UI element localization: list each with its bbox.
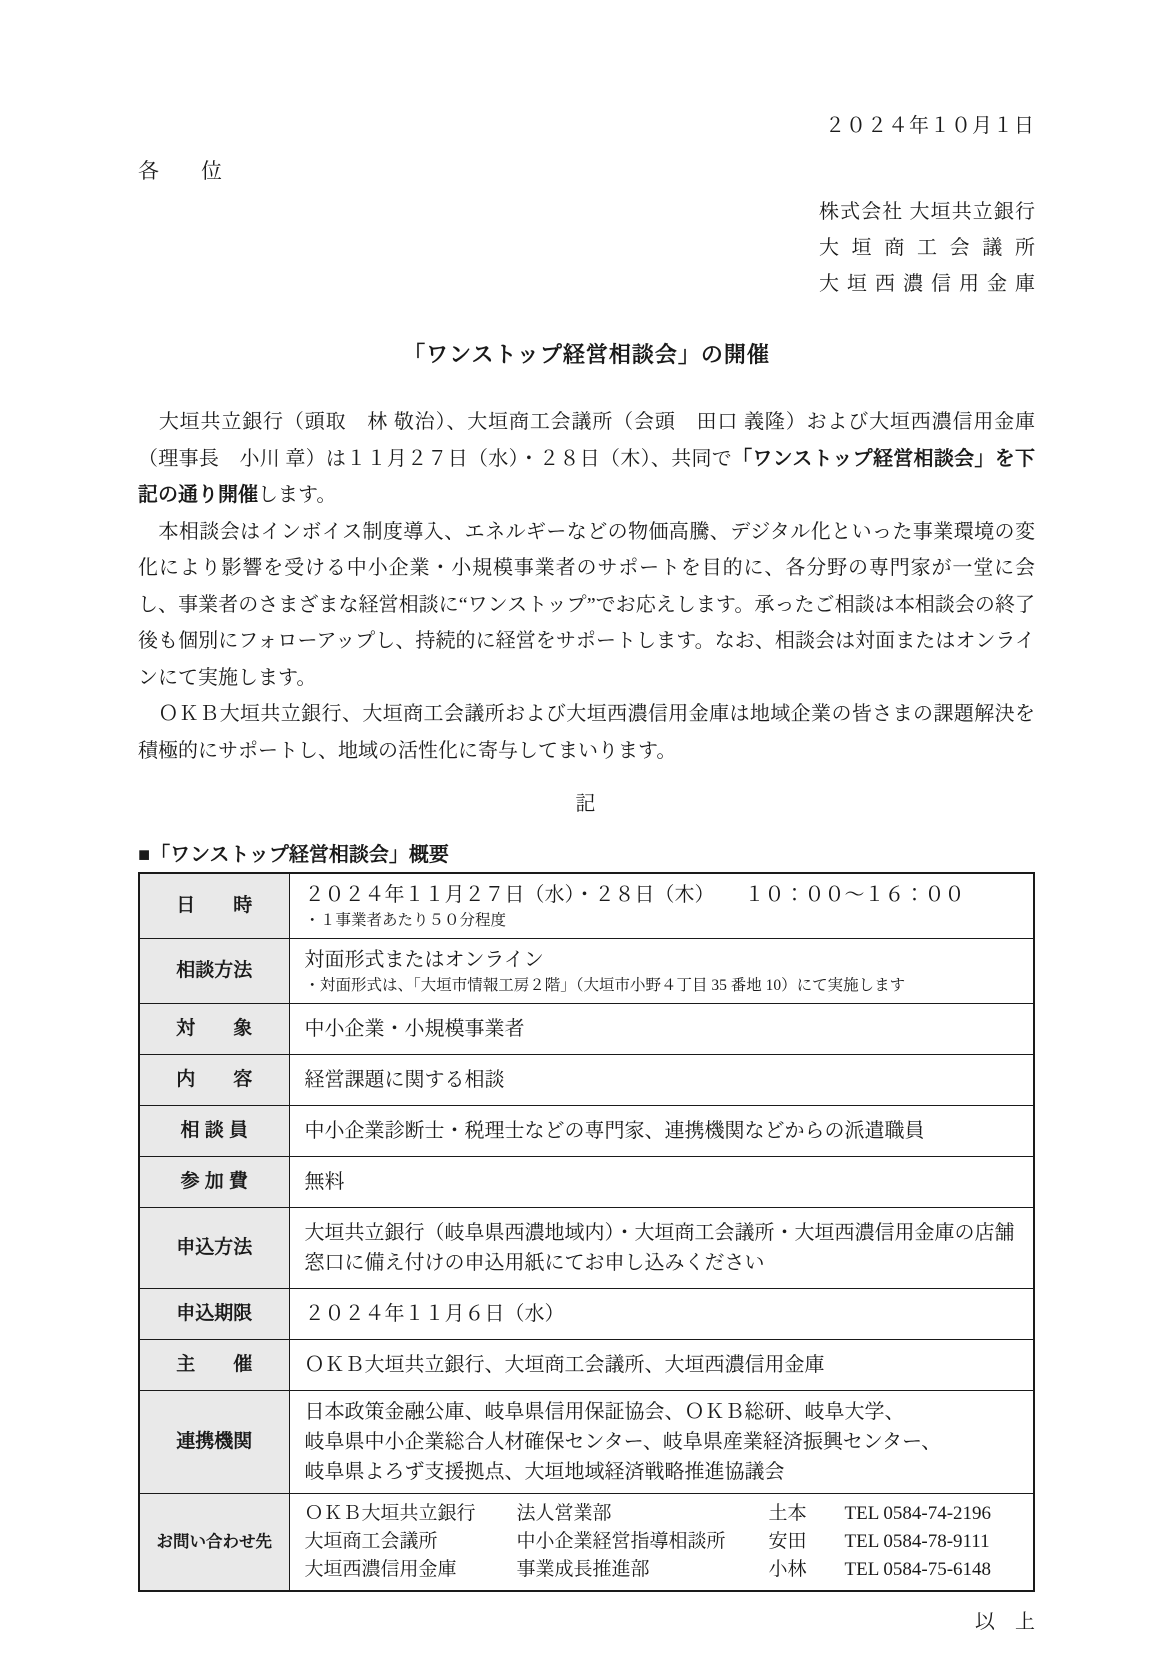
table-row-deadline: 申込期限 ２０２４年１１月６日（水）: [139, 1289, 1034, 1340]
contact-person: 土本: [769, 1500, 845, 1528]
sender-block: 株式会社 大垣共立銀行 大垣商工会議所 大垣西濃信用金庫: [138, 194, 1035, 302]
paragraph-1: 大垣共立銀行（頭取 林 敬治）、大垣商工会議所（会頭 田口 義隆）および大垣西濃…: [138, 404, 1035, 514]
contact-person: 小林: [769, 1556, 845, 1584]
overview-heading: ■「ワンストップ経営相談会」概要: [138, 841, 1035, 869]
row-value: ２０２４年１１月６日（水）: [289, 1289, 1034, 1340]
contact-line-1: ＯＫＢ大垣共立銀行 法人営業部 土本 TEL 0584-74-2196: [305, 1500, 1024, 1528]
row-main-text: ＯＫＢ大垣共立銀行、大垣商工会議所、大垣西濃信用金庫: [305, 1350, 1024, 1380]
row-main-text: 経営課題に関する相談: [305, 1065, 1024, 1095]
row-value: 中小企業診断士・税理士などの専門家、連携機関などからの派遣職員: [289, 1106, 1034, 1157]
partner-line-3: 岐阜県よろず支援拠点、大垣地域経済戦略推進協議会: [305, 1457, 1024, 1487]
row-label: 相 談 員: [139, 1106, 289, 1157]
contact-line-2: 大垣商工会議所 中小企業経営指導相談所 安田 TEL 0584-78-9111: [305, 1528, 1024, 1556]
row-label: 主 催: [139, 1340, 289, 1391]
row-label: 連携機関: [139, 1391, 289, 1494]
row-value: 無料: [289, 1157, 1034, 1208]
contact-org: 大垣西濃信用金庫: [305, 1556, 517, 1584]
partner-line-2: 岐阜県中小企業総合人材確保センター、岐阜県産業経済振興センター、: [305, 1427, 1024, 1457]
contact-tel: TEL 0584-74-2196: [845, 1500, 1024, 1528]
row-note-text: ・１事業者あたり５０分程度: [305, 910, 1024, 932]
table-row-method: 相談方法 対面形式またはオンライン ・対面形式は、「大垣市情報工房２階」（大垣市…: [139, 939, 1034, 1004]
row-main-text: ２０２４年１１月６日（水）: [305, 1299, 1024, 1329]
row-label: 相談方法: [139, 939, 289, 1004]
table-row-application: 申込方法 大垣共立銀行（岐阜県西濃地域内）・大垣商工会議所・大垣西濃信用金庫の店…: [139, 1208, 1034, 1289]
row-label: 内 容: [139, 1055, 289, 1106]
row-value: 対面形式またはオンライン ・対面形式は、「大垣市情報工房２階」（大垣市小野４丁目…: [289, 939, 1034, 1004]
table-row-partners: 連携機関 日本政策金融公庫、岐阜県信用保証協会、ＯＫＢ総研、岐阜大学、 岐阜県中…: [139, 1391, 1034, 1494]
row-value: 経営課題に関する相談: [289, 1055, 1034, 1106]
document-page: ２０２４年１０月１日 各 位 株式会社 大垣共立銀行 大垣商工会議所 大垣西濃信…: [0, 0, 1170, 1654]
row-value: 日本政策金融公庫、岐阜県信用保証協会、ＯＫＢ総研、岐阜大学、 岐阜県中小企業総合…: [289, 1391, 1034, 1494]
table-row-content: 内 容 経営課題に関する相談: [139, 1055, 1034, 1106]
overview-table: 日 時 ２０２４年１１月２７日（水）・２８日（木） １０：００～１６：００ ・１…: [138, 872, 1035, 1592]
row-label: 対 象: [139, 1004, 289, 1055]
row-value: 中小企業・小規模事業者: [289, 1004, 1034, 1055]
row-label: 申込期限: [139, 1289, 289, 1340]
table-row-target: 対 象 中小企業・小規模事業者: [139, 1004, 1034, 1055]
table-row-organizer: 主 催 ＯＫＢ大垣共立銀行、大垣商工会議所、大垣西濃信用金庫: [139, 1340, 1034, 1391]
row-main-text: 無料: [305, 1167, 1024, 1197]
row-main-text: 中小企業診断士・税理士などの専門家、連携機関などからの派遣職員: [305, 1116, 1024, 1146]
row-value: ＯＫＢ大垣共立銀行、大垣商工会議所、大垣西濃信用金庫: [289, 1340, 1034, 1391]
row-label: 参 加 費: [139, 1157, 289, 1208]
sender-company-2: 大垣商工会議所: [819, 230, 1035, 266]
row-value: 大垣共立銀行（岐阜県西濃地域内）・大垣商工会議所・大垣西濃信用金庫の店舗窓口に備…: [289, 1208, 1034, 1289]
paragraph-1-post: します。: [258, 484, 336, 506]
contact-org: ＯＫＢ大垣共立銀行: [305, 1500, 517, 1528]
document-date: ２０２４年１０月１日: [138, 112, 1035, 140]
row-value: ＯＫＢ大垣共立銀行 法人営業部 土本 TEL 0584-74-2196 大垣商工…: [289, 1494, 1034, 1592]
contact-org: 大垣商工会議所: [305, 1528, 517, 1556]
document-title: 「ワンストップ経営相談会」の開催: [138, 340, 1035, 370]
row-label: 日 時: [139, 873, 289, 939]
sender-company-3: 大垣西濃信用金庫: [819, 266, 1035, 302]
contact-tel: TEL 0584-75-6148: [845, 1556, 1024, 1584]
contact-line-3: 大垣西濃信用金庫 事業成長推進部 小林 TEL 0584-75-6148: [305, 1556, 1024, 1584]
contact-dept: 事業成長推進部: [517, 1556, 769, 1584]
row-main-text: 中小企業・小規模事業者: [305, 1014, 1024, 1044]
table-row-consultants: 相 談 員 中小企業診断士・税理士などの専門家、連携機関などからの派遣職員: [139, 1106, 1034, 1157]
table-row-contact: お問い合わせ先 ＯＫＢ大垣共立銀行 法人営業部 土本 TEL 0584-74-2…: [139, 1494, 1034, 1592]
contact-dept: 中小企業経営指導相談所: [517, 1528, 769, 1556]
row-label: 申込方法: [139, 1208, 289, 1289]
row-value: ２０２４年１１月２７日（水）・２８日（木） １０：００～１６：００ ・１事業者あ…: [289, 873, 1034, 939]
row-note-text: ・対面形式は、「大垣市情報工房２階」（大垣市小野４丁目 35 番地 10）にて実…: [305, 975, 1024, 997]
row-main-text: 対面形式またはオンライン: [305, 945, 1024, 975]
contact-tel: TEL 0584-78-9111: [845, 1528, 1024, 1556]
paragraph-3: ＯＫＢ大垣共立銀行、大垣商工会議所および大垣西濃信用金庫は地域企業の皆さまの課題…: [138, 696, 1035, 769]
partner-line-1: 日本政策金融公庫、岐阜県信用保証協会、ＯＫＢ総研、岐阜大学、: [305, 1397, 1024, 1427]
paragraph-2: 本相談会はインボイス制度導入、エネルギーなどの物価高騰、デジタル化といった事業環…: [138, 514, 1035, 697]
row-main-text: ２０２４年１１月２７日（水）・２８日（木） １０：００～１６：００: [305, 880, 1024, 910]
table-row-datetime: 日 時 ２０２４年１１月２７日（水）・２８日（木） １０：００～１６：００ ・１…: [139, 873, 1034, 939]
table-row-fee: 参 加 費 無料: [139, 1157, 1034, 1208]
recipient-line: 各 位: [138, 156, 1035, 186]
row-label: お問い合わせ先: [139, 1494, 289, 1592]
sender-company-1: 株式会社 大垣共立銀行: [819, 194, 1035, 230]
notation-ki: 記: [138, 789, 1035, 819]
contact-person: 安田: [769, 1528, 845, 1556]
row-main-text: 大垣共立銀行（岐阜県西濃地域内）・大垣商工会議所・大垣西濃信用金庫の店舗窓口に備…: [305, 1218, 1024, 1278]
contact-dept: 法人営業部: [517, 1500, 769, 1528]
closing-line: 以 上: [138, 1606, 1035, 1638]
